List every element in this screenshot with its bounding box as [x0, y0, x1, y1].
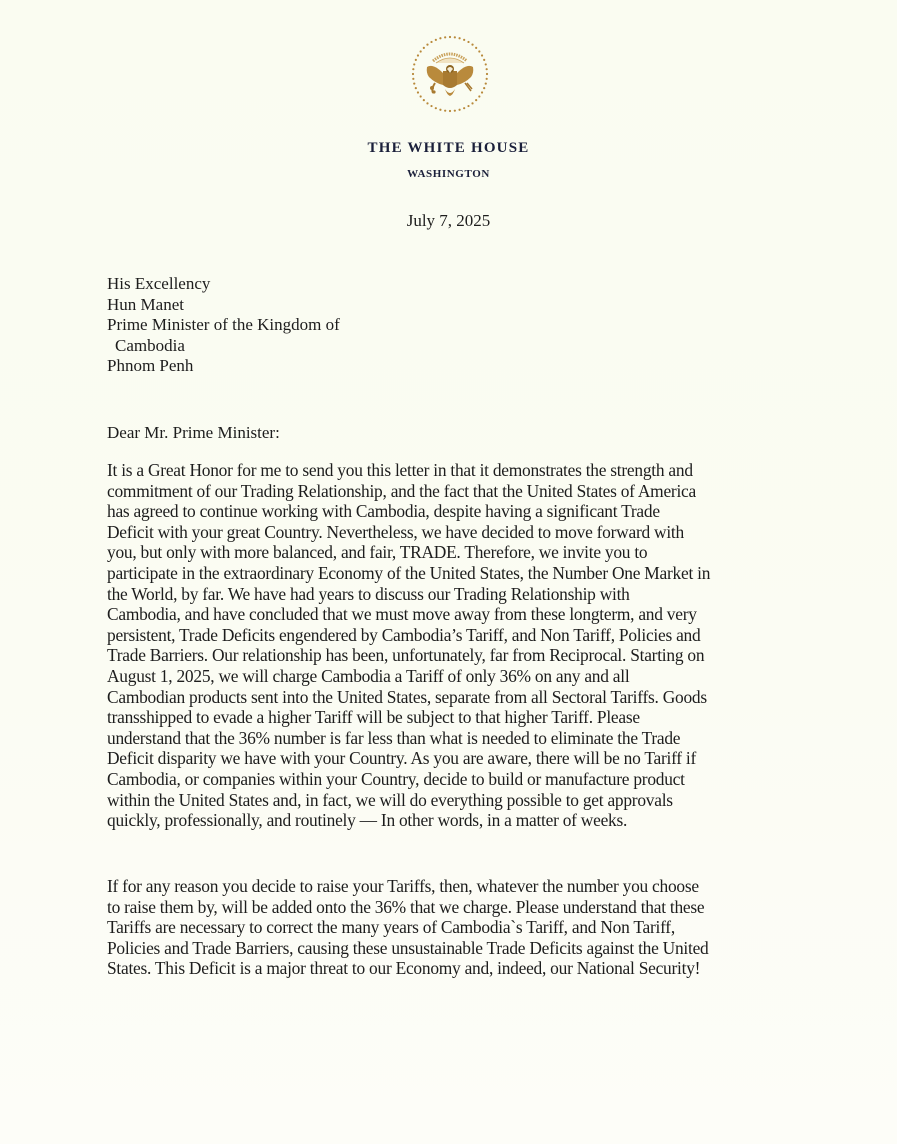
text-line: within the United States and, in fact, w…	[107, 790, 710, 811]
text-line: August 1, 2025, we will charge Cambodia …	[107, 666, 710, 687]
address-line: Cambodia	[107, 336, 340, 357]
text-line: Cambodia, and have concluded that we mus…	[107, 604, 710, 625]
address-line: Prime Minister of the Kingdom of	[107, 315, 340, 336]
text-line: States. This Deficit is a major threat t…	[107, 958, 709, 979]
text-line: Cambodia, or companies within your Count…	[107, 769, 710, 790]
text-line: to raise them by, will be added onto the…	[107, 897, 709, 918]
text-line: understand that the 36% number is far le…	[107, 728, 710, 749]
body-paragraph-2: If for any reason you decide to raise yo…	[107, 876, 709, 979]
body-paragraph-1: It is a Great Honor for me to send you t…	[107, 460, 710, 831]
text-line: transshipped to evade a higher Tariff wi…	[107, 707, 710, 728]
text-line: commitment of our Trading Relationship, …	[107, 481, 710, 502]
address-line: Hun Manet	[107, 295, 340, 316]
recipient-address: His Excellency Hun Manet Prime Minister …	[107, 274, 340, 377]
letter-page: THE WHITE HOUSE WASHINGTON July 7, 2025 …	[0, 0, 897, 1144]
letter-date: July 7, 2025	[0, 211, 897, 231]
text-line: Deficit with your great Country. Neverth…	[107, 522, 710, 543]
text-line: the World, by far. We have had years to …	[107, 584, 710, 605]
address-line: His Excellency	[107, 274, 340, 295]
presidential-seal-icon	[409, 33, 491, 115]
text-line: If for any reason you decide to raise yo…	[107, 876, 709, 897]
salutation: Dear Mr. Prime Minister:	[107, 423, 280, 443]
text-line: Trade Barriers. Our relationship has bee…	[107, 645, 710, 666]
text-line: quickly, professionally, and routinely —…	[107, 810, 710, 831]
text-line: participate in the extraordinary Economy…	[107, 563, 710, 584]
text-line: Policies and Trade Barriers, causing the…	[107, 938, 709, 959]
text-line: has agreed to continue working with Camb…	[107, 501, 710, 522]
text-line: Cambodian products sent into the United …	[107, 687, 710, 708]
letterhead-title: THE WHITE HOUSE	[0, 140, 897, 157]
text-line: Deficit disparity we have with your Coun…	[107, 748, 710, 769]
text-line: Tariffs are necessary to correct the man…	[107, 917, 709, 938]
address-line: Phnom Penh	[107, 356, 340, 377]
text-line: persistent, Trade Deficits engendered by…	[107, 625, 710, 646]
text-line: you, but only with more balanced, and fa…	[107, 542, 710, 563]
text-line: It is a Great Honor for me to send you t…	[107, 460, 710, 481]
letterhead-subtitle: WASHINGTON	[0, 168, 897, 180]
